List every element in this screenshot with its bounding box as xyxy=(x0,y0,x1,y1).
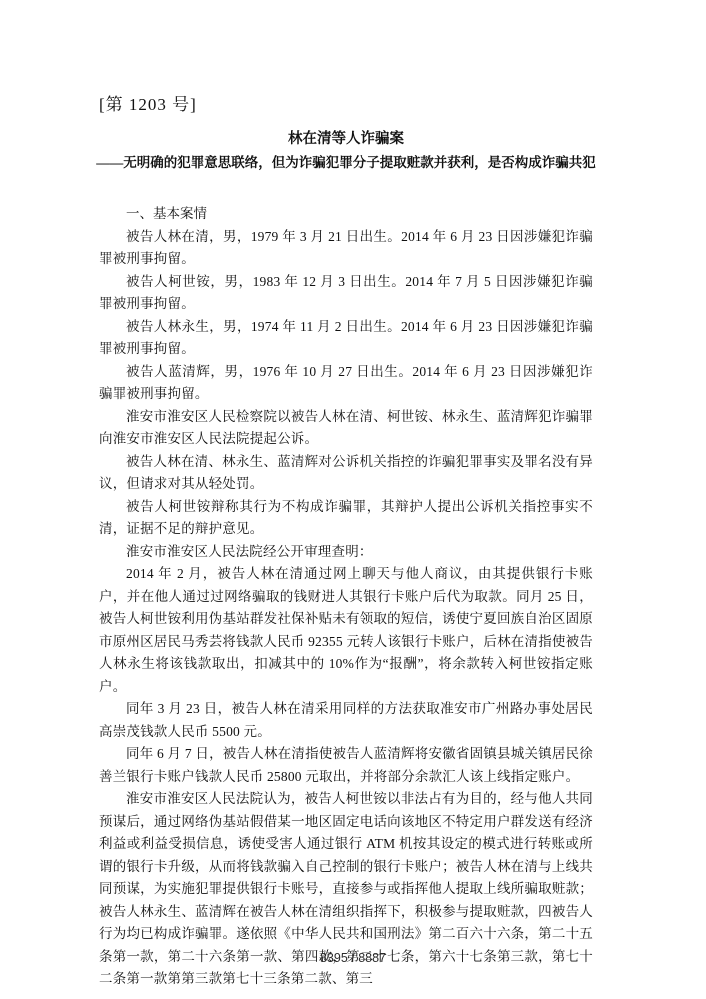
paragraph: 被告人蓝清辉，男，1976 年 10 月 27 日出生。2014 年 6 月 2… xyxy=(99,361,593,406)
paragraph: 被告人林永生，男，1974 年 11 月 2 日出生。2014 年 6 月 23… xyxy=(99,316,593,361)
document-content: [第 1203 号] 林在清等人诈骗案 ——无明确的犯罪意思联络，但为诈骗犯罪分… xyxy=(99,92,593,991)
paragraph: 同年 6 月 7 日，被告人林在清指使被告人蓝清辉将安徽省固镇县城关镇居民徐善兰… xyxy=(99,743,593,788)
paragraph: 被告人柯世铵，男，1983 年 12 月 3 日出生。2014 年 7 月 5 … xyxy=(99,271,593,316)
paragraph: 2014 年 2 月，被告人林在清通过网上聊天与他人商议，由其提供银行卡账户，并… xyxy=(99,563,593,698)
paragraph: 被告人柯世铵辩称其行为不构成诈骗罪，其辩护人提出公诉机关指控事实不清，证据不足的… xyxy=(99,496,593,541)
section-heading: 一、基本案情 xyxy=(99,203,593,226)
paragraph: 淮安市淮安区人民法院经公开审理查明： xyxy=(99,541,593,564)
case-subtitle: ——无明确的犯罪意思联络，但为诈骗犯罪分子提取赃款并获利，是否构成诈骗共犯 xyxy=(90,151,602,175)
case-title: 林在清等人诈骗案 xyxy=(99,127,593,151)
paragraph: 同年 3 月 23 日，被告人林在清采用同样的方法获取准安市广州路办事处居民高崇… xyxy=(99,698,593,743)
case-number: [第 1203 号] xyxy=(99,92,593,117)
document-page: [第 1203 号] 林在清等人诈骗案 ——无明确的犯罪意思联络，但为诈骗犯罪分… xyxy=(0,0,706,999)
paragraph: 被告人林在清，男，1979 年 3 月 21 日出生。2014 年 6 月 23… xyxy=(99,226,593,271)
paragraph: 被告人林在清、林永生、蓝清辉对公诉机关指控的诈骗犯罪事实及罪名没有异议，但请求对… xyxy=(99,451,593,496)
page-indicator: 8395 / 8887 xyxy=(0,951,706,965)
paragraph: 淮安市淮安区人民检察院以被告人林在清、柯世铵、林永生、蓝清辉犯诈骗罪向淮安市淮安… xyxy=(99,406,593,451)
